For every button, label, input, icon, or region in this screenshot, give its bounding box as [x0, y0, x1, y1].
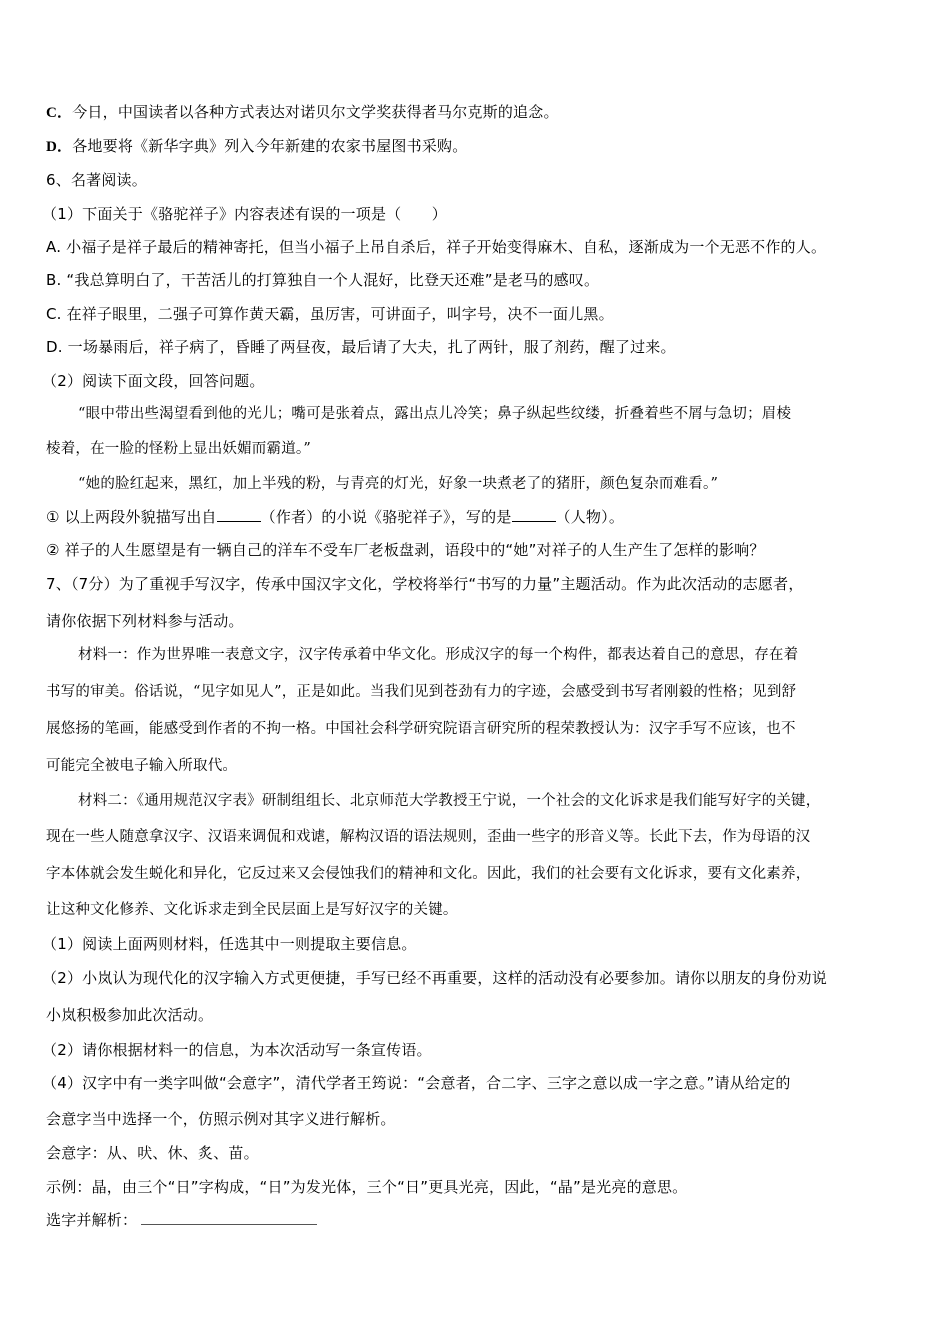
q5-option-c: C．今日，中国读者以各种方式表达对诺贝尔文学奖获得者马尔克斯的追念。	[46, 102, 559, 123]
material2-line3: 字本体就会发生蜕化和异化，它反过来又会侵蚀我们的精神和文化。因此，我们的社会要有…	[46, 864, 810, 884]
q7-task3: （2）请你根据材料一的信息，为本次活动写一条宣传语。	[42, 1040, 432, 1060]
material1-line4: 可能完全被电子输入所取代。	[46, 756, 237, 776]
q6-option-c: C. 在祥子眼里，二强子可算作黄天霸，虽厉害，可讲面子，叫字号，决不一面儿黑。	[46, 304, 614, 324]
passage1-line1: “眼中带出些渴望看到他的光儿；嘴可是张着点，露出点儿冷笑；鼻子纵起些纹缕，折叠着…	[78, 404, 791, 424]
q6-title: 6、名著阅读。	[46, 170, 147, 190]
material1-line2: 书写的审美。俗话说，“见字如见人”，正是如此。当我们见到苍劲有力的字迹，会感受到…	[46, 682, 796, 702]
q7-chars: 会意字：从、吠、休、炙、苗。	[46, 1143, 259, 1163]
q7-intro-line2: 请你依据下列材料参与活动。	[46, 611, 244, 631]
passage2: “她的脸红起来，黑红，加上半残的粉，与青亮的灯光，好象一块煮老了的猪肝，颜色复杂…	[78, 474, 718, 494]
question-text: （作者）的小说《骆驼祥子》，写的是	[261, 508, 512, 526]
q6-option-d: D. 一场暴雨后，祥子病了，昏睡了两昼夜，最后请了大夫，扎了两针，服了剂药，醒了…	[46, 337, 676, 357]
q6-option-b: B. “我总算明白了，干苦活儿的打算独自一个人混好，比登天还难”是老马的感叹。	[46, 270, 599, 290]
q6-sub2-question1: ① 以上两段外貌描写出自（作者）的小说《骆驼祥子》，写的是（人物）。	[46, 507, 624, 527]
question-text: （人物）。	[556, 508, 625, 526]
q7-task2-line1: （2）小岚认为现代化的汉字输入方式更便捷，手写已经不再重要，这样的活动没有必要参…	[42, 968, 827, 988]
material2-line4: 让这种文化修养、文化诉求走到全民层面上是写好汉字的关键。	[46, 900, 458, 920]
author-answer-blank[interactable]	[217, 507, 261, 522]
material1-line1: 材料一：作为世界唯一表意文字，汉字传承着中华文化。形成汉字的每一个构件，都表达着…	[78, 645, 798, 665]
character-answer-blank[interactable]	[512, 507, 556, 522]
q7-task4-line1: （4）汉字中有一类字叫做“会意字”，清代学者王筠说：“会意者，合二字、三字之意以…	[42, 1073, 791, 1093]
material2-line1: 材料二：《通用规范汉字表》研制组组长、北京师范大学教授王宁说，一个社会的文化诉求…	[78, 791, 820, 811]
q7-task2-line2: 小岚积极参加此次活动。	[46, 1005, 213, 1025]
q7-task1: （1）阅读上面两则材料，任选其中一则提取主要信息。	[42, 934, 417, 954]
answer-label: 选字并解析：	[46, 1211, 137, 1229]
q7-task4-line2: 会意字当中选择一个，仿照示例对其字义进行解析。	[46, 1109, 396, 1129]
material1-line3: 展悠扬的笔画，能感受到作者的不拘一格。中国社会科学研究院语言研究所的程荣教授认为…	[46, 719, 796, 739]
answer-blank[interactable]	[141, 1210, 317, 1225]
option-text: 今日，中国读者以各种方式表达对诺贝尔文学奖获得者马尔克斯的追念。	[72, 103, 558, 121]
material2-line2: 现在一些人随意拿汉字、汉语来调侃和戏谑，解构汉语的语法规则，歪曲一些字的形音义等…	[46, 827, 810, 847]
q6-sub2-question2: ② 祥子的人生愿望是有一辆自己的洋车不受车厂老板盘剥，语段中的“她”对祥子的人生…	[46, 540, 765, 560]
q6-option-a: A. 小福子是祥子最后的精神寄托，但当小福子上吊自杀后，祥子开始变得麻木、自私，…	[46, 237, 826, 257]
option-letter: D．	[46, 139, 72, 155]
question-text: ① 以上两段外貌描写出自	[46, 508, 217, 526]
q7-answer-row: 选字并解析：	[46, 1210, 317, 1230]
option-letter: C．	[46, 105, 72, 121]
q5-option-d: D．各地要将《新华字典》列入今年新建的农家书屋图书采购。	[46, 136, 467, 157]
q7-intro-line1: 7、（7分）为了重视手写汉字，传承中国汉字文化，学校将举行“书写的力量”主题活动…	[46, 574, 804, 594]
option-text: 各地要将《新华字典》列入今年新建的农家书屋图书采购。	[72, 137, 467, 155]
q6-sub2-prompt: （2）阅读下面文段，回答问题。	[42, 371, 265, 391]
q7-example: 示例：晶，由三个“日”字构成，“日”为发光体，三个“日”更具光亮，因此，“晶”是…	[46, 1177, 687, 1197]
q6-sub1-prompt: （1）下面关于《骆驼祥子》内容表述有误的一项是（ ）	[42, 204, 447, 224]
passage1-line2: 棱着，在一脸的怪粉上显出妖媚而霸道。”	[46, 439, 311, 459]
